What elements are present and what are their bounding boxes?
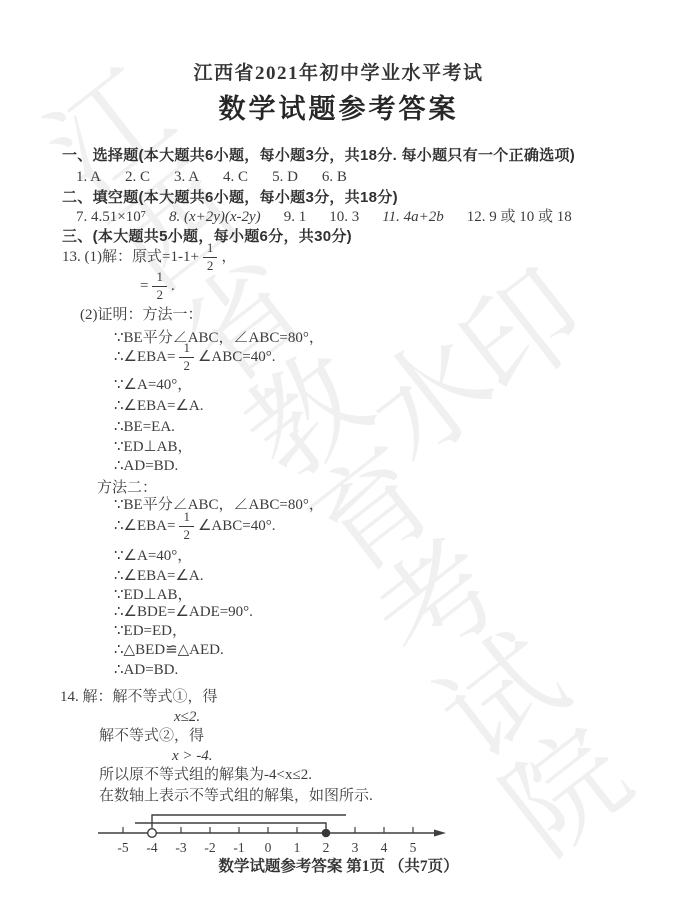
method2-line: ∵ED=ED， [114, 621, 187, 641]
method2-line: ∴AD=BD. [114, 660, 178, 680]
fraction-numerator: 1 [179, 341, 194, 357]
method1-frac-post: ∠ABC=40°. [198, 347, 276, 367]
method2-line: ∴△BED≌△AED. [114, 640, 224, 660]
exam-answer-page: 江 西 省 教 育 考 试 院 水 印 江西省2021年初中学业水平考试 数学试… [0, 0, 677, 898]
watermark-char: 印 [443, 245, 625, 427]
fraction-denominator: 2 [183, 527, 190, 542]
method1-line: ∵∠A=40°， [114, 375, 192, 395]
blank-answer: 7. 4.51×10⁷ [76, 209, 146, 225]
method2-line-fraction: ∴∠EBA= 12 ∠ABC=40°. [114, 509, 275, 543]
method1-line: ∴AD=BD. [114, 456, 178, 476]
method2-frac-post: ∠ABC=40°. [198, 516, 276, 536]
choice-answer: 1. A [76, 169, 101, 185]
watermark-char: 考 [358, 515, 540, 697]
q13-line2-post: . [171, 276, 175, 296]
fraction-denominator: 2 [183, 358, 190, 373]
fraction: 12 [152, 270, 167, 302]
blank-answer: 8. (x+2y)(x-2y) [169, 209, 261, 225]
choice-answers: 1. A2. C3. A4. C5. D6. B [76, 167, 371, 187]
choice-answer: 6. B [322, 169, 347, 185]
choice-answer: 3. A [174, 169, 199, 185]
page-title: 数学试题参考答案 [0, 99, 677, 119]
fraction-denominator: 2 [207, 258, 214, 273]
blank-answer: 9. 1 [284, 209, 307, 225]
tick-label: -1 [233, 840, 244, 855]
fraction-numerator: 1 [179, 510, 194, 526]
q13-part1-line2: = 12 . [140, 269, 175, 303]
tick-label: 0 [265, 840, 272, 855]
fraction: 12 [203, 241, 218, 273]
blank-answer: 12. 9 或 10 或 18 [467, 209, 572, 225]
exam-header: 江西省2021年初中学业水平考试 [0, 64, 677, 84]
tick-label: -3 [175, 840, 186, 855]
choice-answer: 5. D [272, 169, 298, 185]
method1-line-fraction: ∴∠EBA= 12 ∠ABC=40°. [114, 340, 275, 374]
tick-label: -2 [204, 840, 215, 855]
tick-label: -5 [117, 840, 128, 855]
method2-line: ∴∠BDE=∠ADE=90°. [114, 602, 253, 622]
tick-label: 1 [294, 840, 301, 855]
q13-line1-pre: 13. (1)解：原式=1-1+ [62, 247, 199, 267]
q14-solution2: x > -4. [172, 746, 213, 766]
fraction-numerator: 1 [152, 270, 167, 286]
method1-frac-pre: ∴∠EBA= [114, 347, 175, 367]
tick-label: 5 [410, 840, 417, 855]
ray-greater-than-open-point [152, 815, 346, 827]
choice-answer: 4. C [223, 169, 248, 185]
method1-line: ∴BE=EA. [114, 417, 175, 437]
blank-answer: 11. 4a+2b [382, 209, 444, 225]
q14-solution1: x≤2. [174, 707, 200, 727]
fraction: 12 [179, 341, 194, 373]
q13-line1-post: ， [221, 247, 236, 267]
section-blank-heading: 二、填空题(本大题共6小题，每小题3分，共18分) [62, 188, 398, 208]
blank-answers: 7. 4.51×10⁷8. (x+2y)(x-2y)9. 110. 311. 4… [76, 207, 595, 227]
method2-line: ∴∠EBA=∠A. [114, 566, 203, 586]
tick-label: 4 [381, 840, 388, 855]
method2-frac-pre: ∴∠EBA= [114, 516, 175, 536]
method1-line: ∵ED⊥AB， [114, 437, 192, 457]
tick-label: 3 [352, 840, 359, 855]
watermark-char: 水 [352, 310, 534, 492]
open-circle [148, 829, 157, 838]
q13-part2-label: (2)证明：方法一： [80, 305, 203, 325]
q14-line: 解不等式②，得 [99, 726, 204, 746]
tick-label: -4 [146, 840, 157, 855]
q14-line: 14. 解：解不等式①，得 [60, 687, 218, 707]
choice-answer: 2. C [125, 169, 150, 185]
q13-line2-pre: = [140, 276, 148, 296]
blank-answer: 10. 3 [329, 209, 359, 225]
watermark-char: 试 [422, 609, 604, 791]
method1-line: ∴∠EBA=∠A. [114, 396, 203, 416]
fraction-denominator: 2 [156, 287, 163, 302]
fraction: 12 [179, 510, 194, 542]
closed-dot [322, 829, 331, 838]
section-choice-heading: 一、选择题(本大题共6小题，每小题3分，共18分. 每小题只有一个正确选项) [62, 146, 575, 166]
q14-graph-note: 在数轴上表示不等式组的解集，如图所示. [99, 786, 373, 806]
tick-label: 2 [323, 840, 330, 855]
page-footer: 数学试题参考答案 第1页 （共7页） [0, 857, 677, 877]
q14-conclusion: 所以原不等式组的解集为-4<x≤2. [99, 765, 312, 785]
fraction-numerator: 1 [203, 241, 218, 257]
method2-line: ∵∠A=40°， [114, 546, 192, 566]
axis-arrow [434, 830, 446, 837]
